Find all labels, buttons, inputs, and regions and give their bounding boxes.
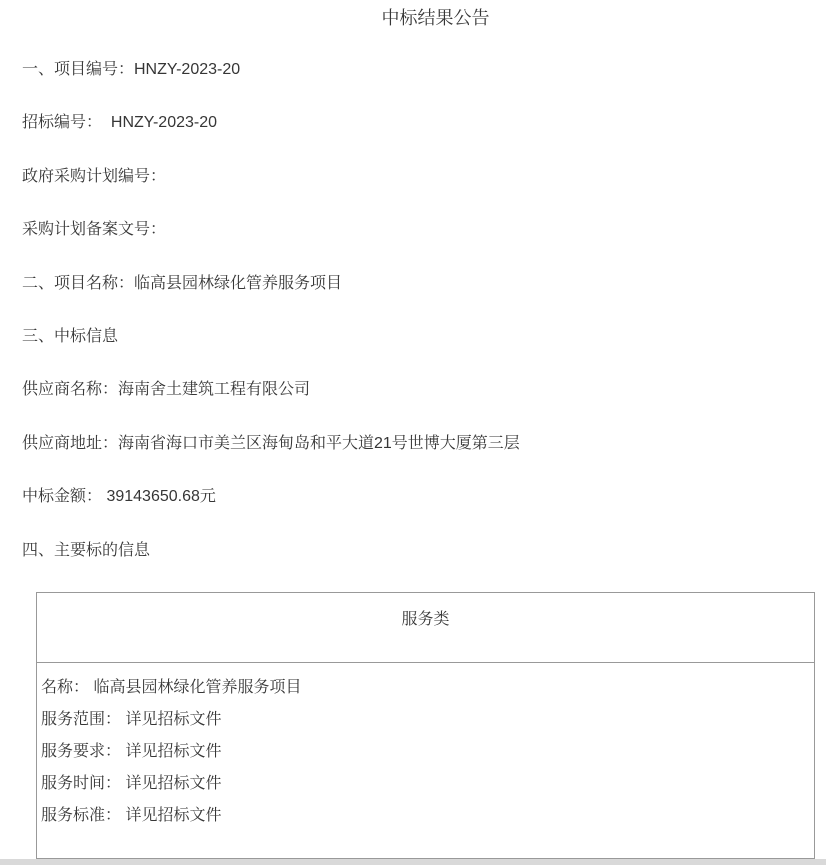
line-project-name: 二、项目名称：临高县园林绿化管养服务项目 [22,275,816,293]
line-tender-number: 招标编号： HNZY-2023-20 [22,114,816,132]
table-row-service-scope: 服务范围： 详见招标文件 [41,704,810,736]
announcement-document: 中标结果公告 一、项目编号：HNZY-2023-20 招标编号： HNZY-20… [0,0,826,859]
table-row-service-standard: 服务标准： 详见招标文件 [41,800,810,832]
service-details-cell: 名称： 临高县园林绿化管养服务项目 服务范围： 详见招标文件 服务要求： 详见招… [37,662,815,858]
line-gov-procurement-plan-number: 政府采购计划编号： [22,168,816,186]
line-award-info-heading: 三、中标信息 [22,328,816,346]
table-row-name: 名称： 临高县园林绿化管养服务项目 [41,672,810,704]
line-supplier-address: 供应商地址：海南省海口市美兰区海甸岛和平大道21号世博大厦第三层 [22,435,816,453]
service-category-header: 服务类 [37,592,815,662]
table-row-service-time: 服务时间： 详见招标文件 [41,768,810,800]
line-main-subject-heading: 四、主要标的信息 [22,542,816,560]
line-procurement-plan-filing-number: 采购计划备案文号： [22,221,816,239]
line-award-amount: 中标金额： 39143650.68元 [22,488,816,506]
main-subject-table: 服务类 名称： 临高县园林绿化管养服务项目 服务范围： 详见招标文件 服务要求：… [36,592,815,859]
page-bottom-divider [0,859,826,865]
line-project-number: 一、项目编号：HNZY-2023-20 [22,61,816,79]
page-title: 中标结果公告 [55,0,816,31]
line-supplier-name: 供应商名称：海南舍土建筑工程有限公司 [22,381,816,399]
table-header-row: 服务类 [37,592,815,662]
table-row-service-requirements: 服务要求： 详见招标文件 [41,736,810,768]
table-body-row: 名称： 临高县园林绿化管养服务项目 服务范围： 详见招标文件 服务要求： 详见招… [37,662,815,858]
